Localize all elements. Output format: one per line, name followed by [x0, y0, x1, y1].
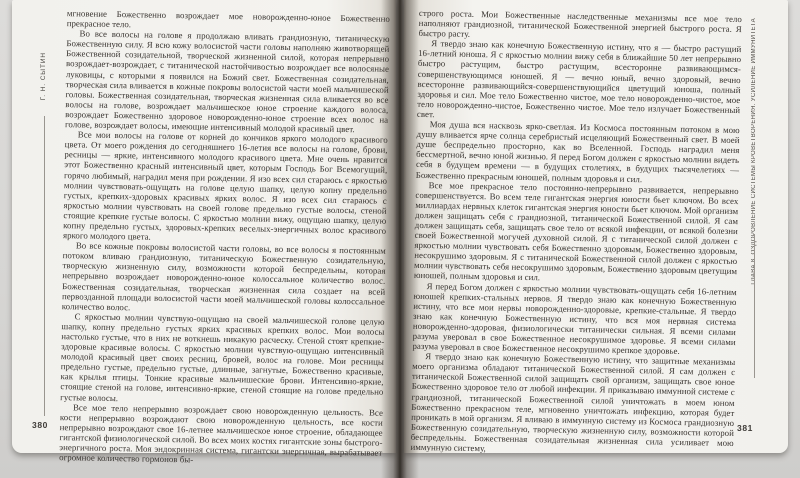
paragraph: Я твердо знаю как конечную Божественную …	[417, 38, 741, 125]
right-margin-rule	[754, 234, 755, 378]
book-gutter-shadow	[381, 0, 419, 478]
paragraph: Моя душа вся насквозь ярко-светлая. Из К…	[416, 119, 740, 186]
right-page: ГЛАВА 8. ОЗДОРОВЛЕНИЕ СИСТЕМЫ КРОВЕТВОРЕ…	[404, 0, 788, 453]
paragraph: Я твердо знаю как конечную Божественную …	[411, 351, 736, 458]
paragraph: Все мое тело непрерывно возрождает свою …	[59, 402, 383, 468]
left-page-text: мгновение Божественно возрождает мое нов…	[59, 8, 390, 468]
paragraph: Я перед Богом должен с яркостью молнии ч…	[412, 280, 736, 357]
paragraph: Во все волосы на голове я продолжаю влив…	[65, 28, 390, 135]
right-page-text: строго роста. Мои Божественные наследств…	[411, 8, 742, 458]
left-page-number: 380	[32, 420, 48, 430]
paragraph: Все мои волосы на голове от корней до ко…	[63, 129, 388, 246]
right-page-number: 381	[737, 423, 753, 433]
author-running-head: Г. Н. СЫТИН	[40, 52, 47, 100]
left-margin-rule	[44, 116, 45, 416]
paragraph: Во все кожные покровы волосистой части г…	[62, 240, 386, 316]
paragraph: С яркостью молнии чувствую-ощущаю на сво…	[60, 311, 385, 407]
paragraph: Все мое прекрасное тело постоянно-непрер…	[414, 179, 739, 286]
book-spread-photo: Г. Н. СЫТИН мгновение Божественно возрож…	[0, 0, 800, 478]
left-page: Г. Н. СЫТИН мгновение Божественно возрож…	[12, 0, 396, 453]
